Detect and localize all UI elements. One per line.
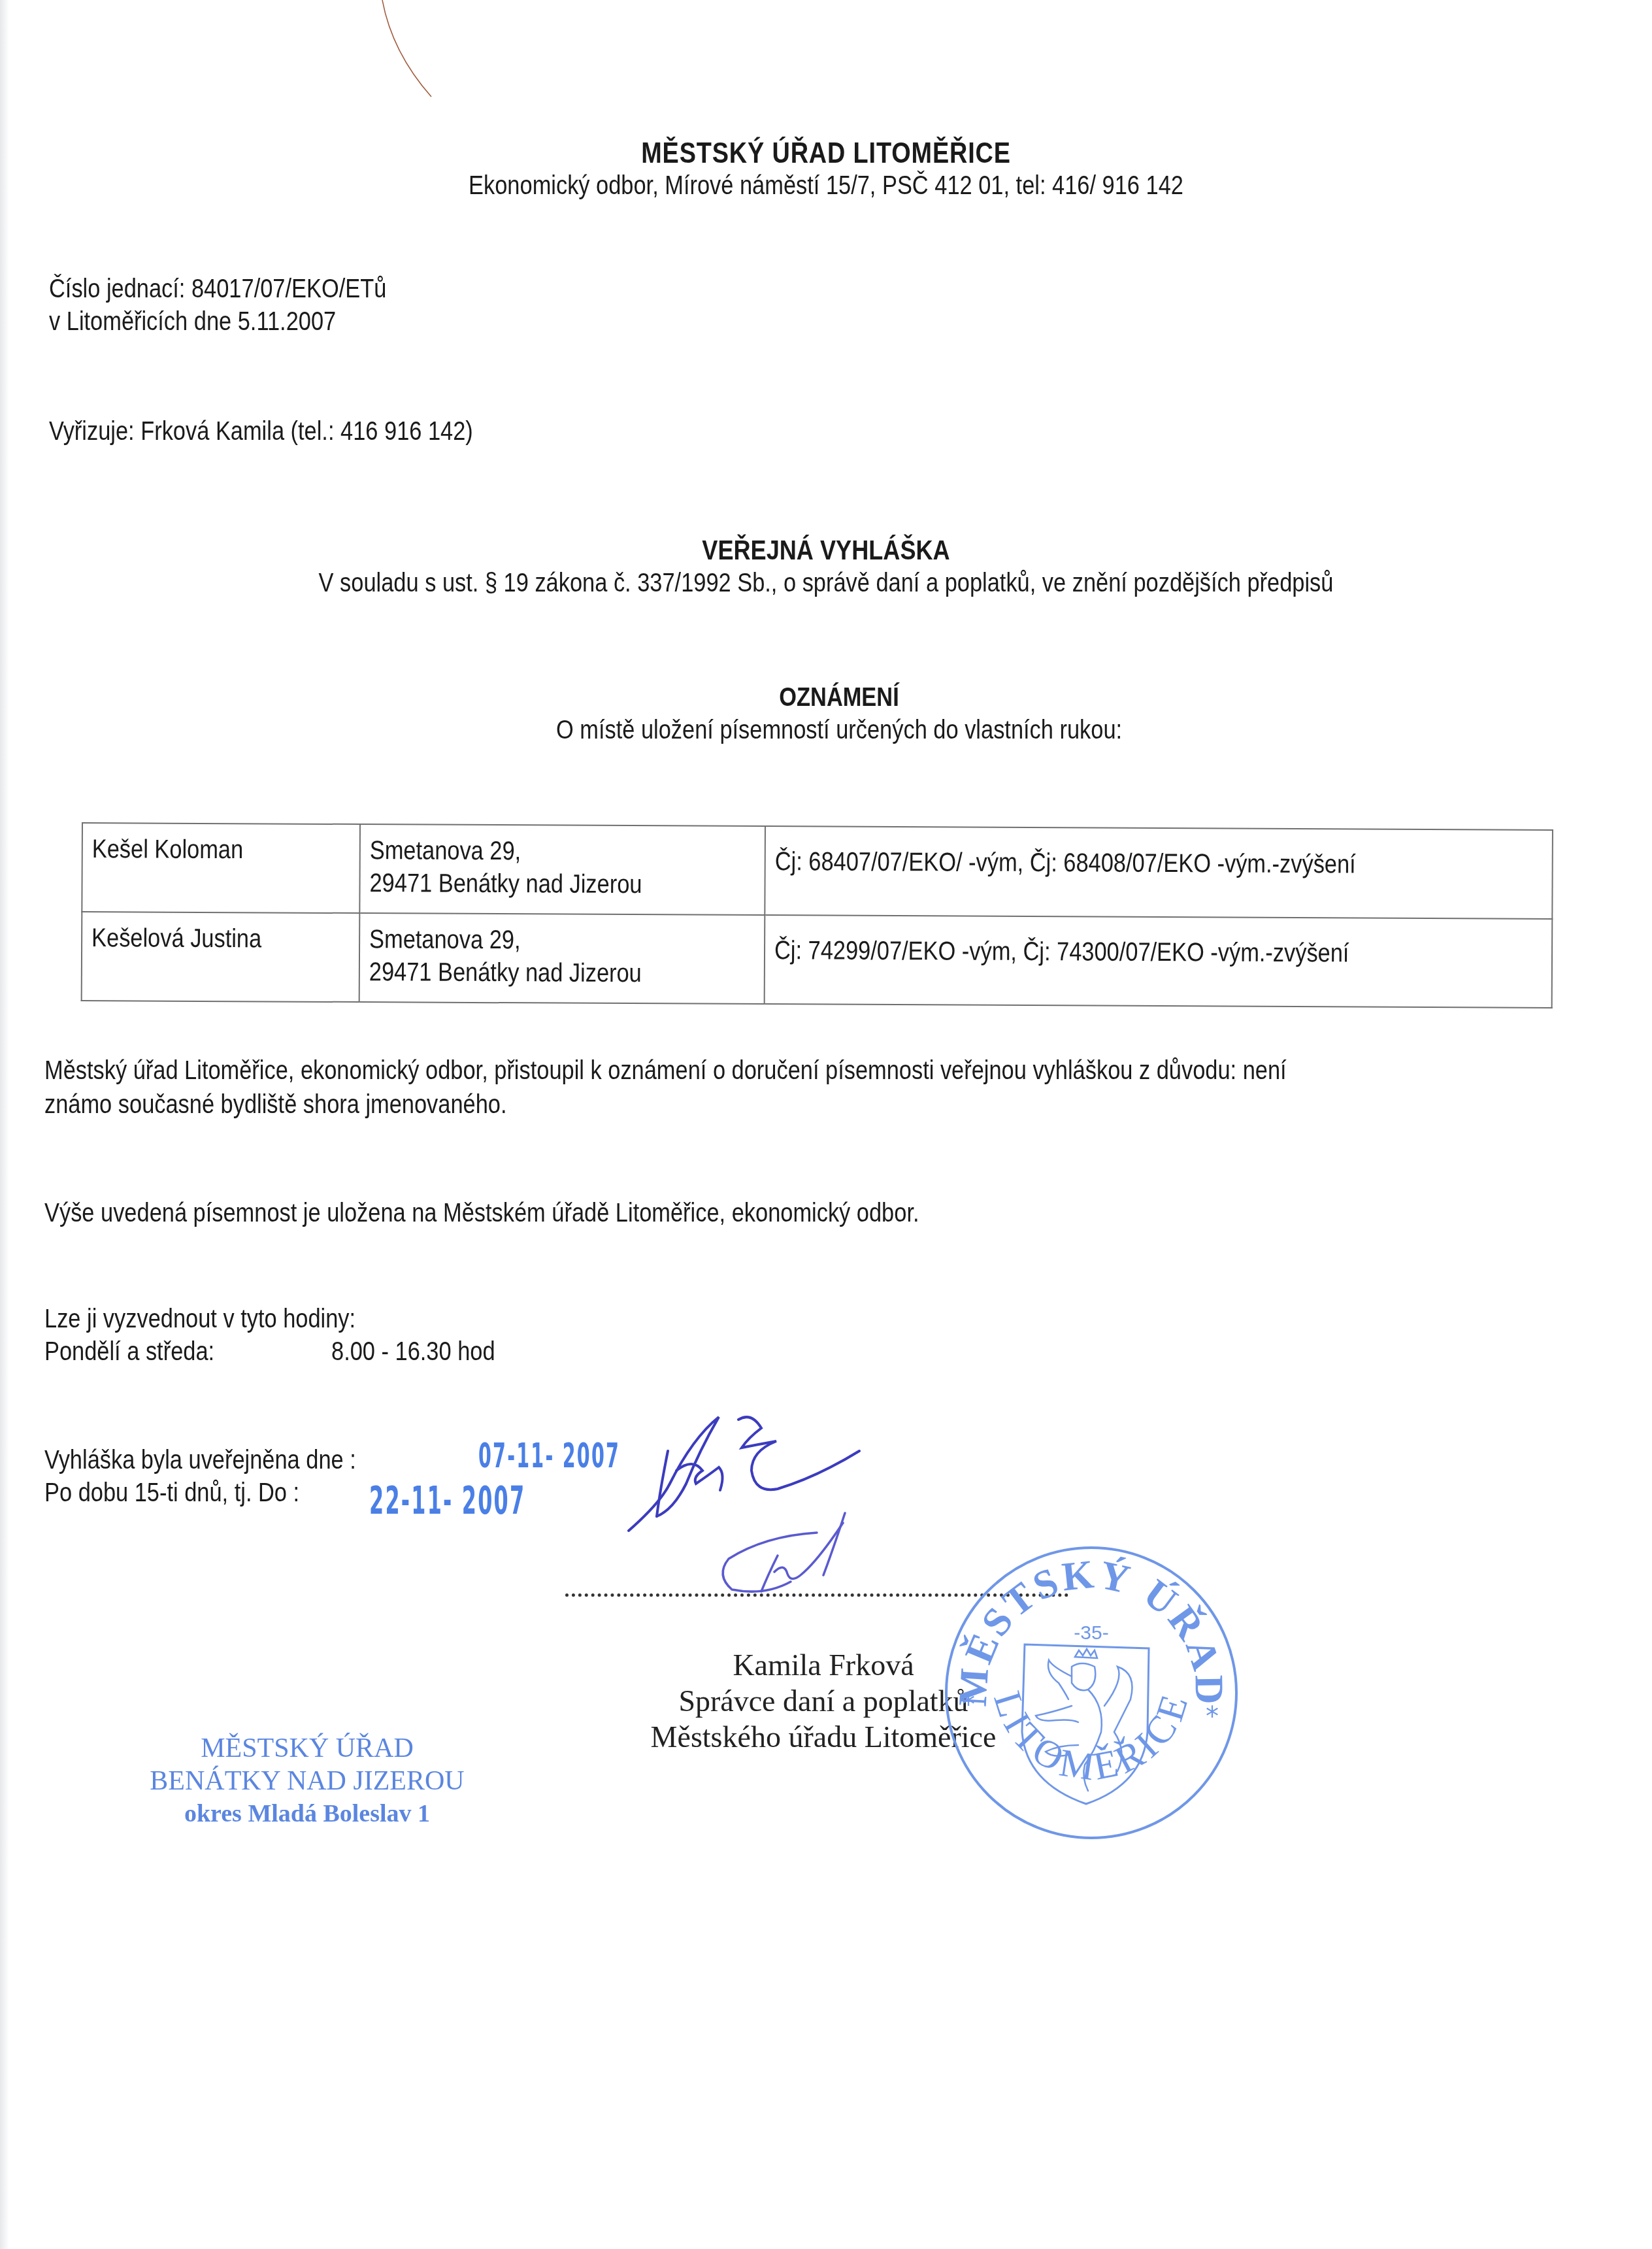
table-row: Kešelová Justina Smetanova 29, 29471 Ben…	[82, 912, 1553, 1008]
pickup-intro: Lze ji vyzvednout v tyto hodiny:	[44, 1302, 406, 1336]
handled-by: Vyřizuje: Frková Kamila (tel.: 416 916 1…	[49, 417, 542, 446]
office-address: Ekonomický odbor, Mírové náměstí 15/7, P…	[0, 171, 1652, 201]
published-date-stamp: 07-11- 2007	[478, 1437, 620, 1476]
reason-paragraph: Městský úřad Litoměřice, ekonomický odbo…	[44, 1054, 1489, 1122]
svg-text:*: *	[962, 1690, 975, 1720]
stamp-line: MĚSTSKÝ ÚŘAD	[131, 1732, 484, 1765]
period-date-stamp: 22-11- 2007	[369, 1478, 525, 1523]
announcement-subtitle: O místě uložení písemností určených do v…	[0, 716, 1652, 745]
recipient-name: Kešel Koloman	[82, 823, 360, 913]
place-and-date: v Litoměřicích dne 5.11.2007	[49, 307, 383, 337]
pickup-days: Pondělí a středa:	[44, 1335, 242, 1369]
svg-text:*: *	[1206, 1702, 1219, 1732]
published-label: Vyhláška byla uveřejněna dne :	[44, 1443, 406, 1477]
round-office-stamp: MĚSTSKÝ ÚŘAD LITOMĚŘICE -35- * *	[941, 1536, 1242, 1837]
recipient-references: Čj: 68407/07/EKO/ -vým, Čj: 68408/07/EKO…	[765, 826, 1553, 919]
legal-basis: V souladu s ust. § 19 zákona č. 337/1992…	[0, 569, 1652, 598]
scan-edge-shadow	[0, 0, 9, 2249]
recipients-table: Kešel Koloman Smetanova 29, 29471 Benátk…	[81, 822, 1553, 1008]
announcement-title: OZNÁMENÍ	[0, 683, 1652, 712]
reference-number: Číslo jednací: 84017/07/EKO/ETů	[49, 275, 441, 304]
benatky-office-stamp: MĚSTSKÝ ÚŘAD BENÁTKY NAD JIZEROU okres M…	[131, 1732, 484, 1830]
svg-text:-35-: -35-	[1074, 1622, 1108, 1644]
table-row: Kešel Koloman Smetanova 29, 29471 Benátk…	[82, 823, 1553, 919]
stamp-line: okres Mladá Boleslav 1	[131, 1797, 484, 1830]
office-title: MĚSTSKÝ ÚŘAD LITOMĚŘICE	[0, 137, 1652, 170]
svg-text:LITOMĚŘICE: LITOMĚŘICE	[985, 1686, 1197, 1789]
notice-title: VEŘEJNÁ VYHLÁŠKA	[0, 535, 1652, 566]
recipient-name: Kešelová Justina	[82, 912, 360, 1002]
recipient-address: Smetanova 29, 29471 Benátky nad Jizerou	[359, 824, 765, 915]
period-label: Po dobu 15-ti dnů, tj. Do :	[44, 1476, 341, 1510]
storage-paragraph: Výše uvedená písemnost je uložena na Měs…	[44, 1196, 1061, 1230]
stray-pen-line	[0, 0, 457, 131]
recipient-address: Smetanova 29, 29471 Benátky nad Jizerou	[359, 913, 765, 1004]
stamp-line: BENÁTKY NAD JIZEROU	[131, 1765, 484, 1797]
recipient-references: Čj: 74299/07/EKO -vým, Čj: 74300/07/EKO …	[765, 915, 1553, 1008]
pickup-hours: 8.00 - 16.30 hod	[331, 1335, 521, 1369]
